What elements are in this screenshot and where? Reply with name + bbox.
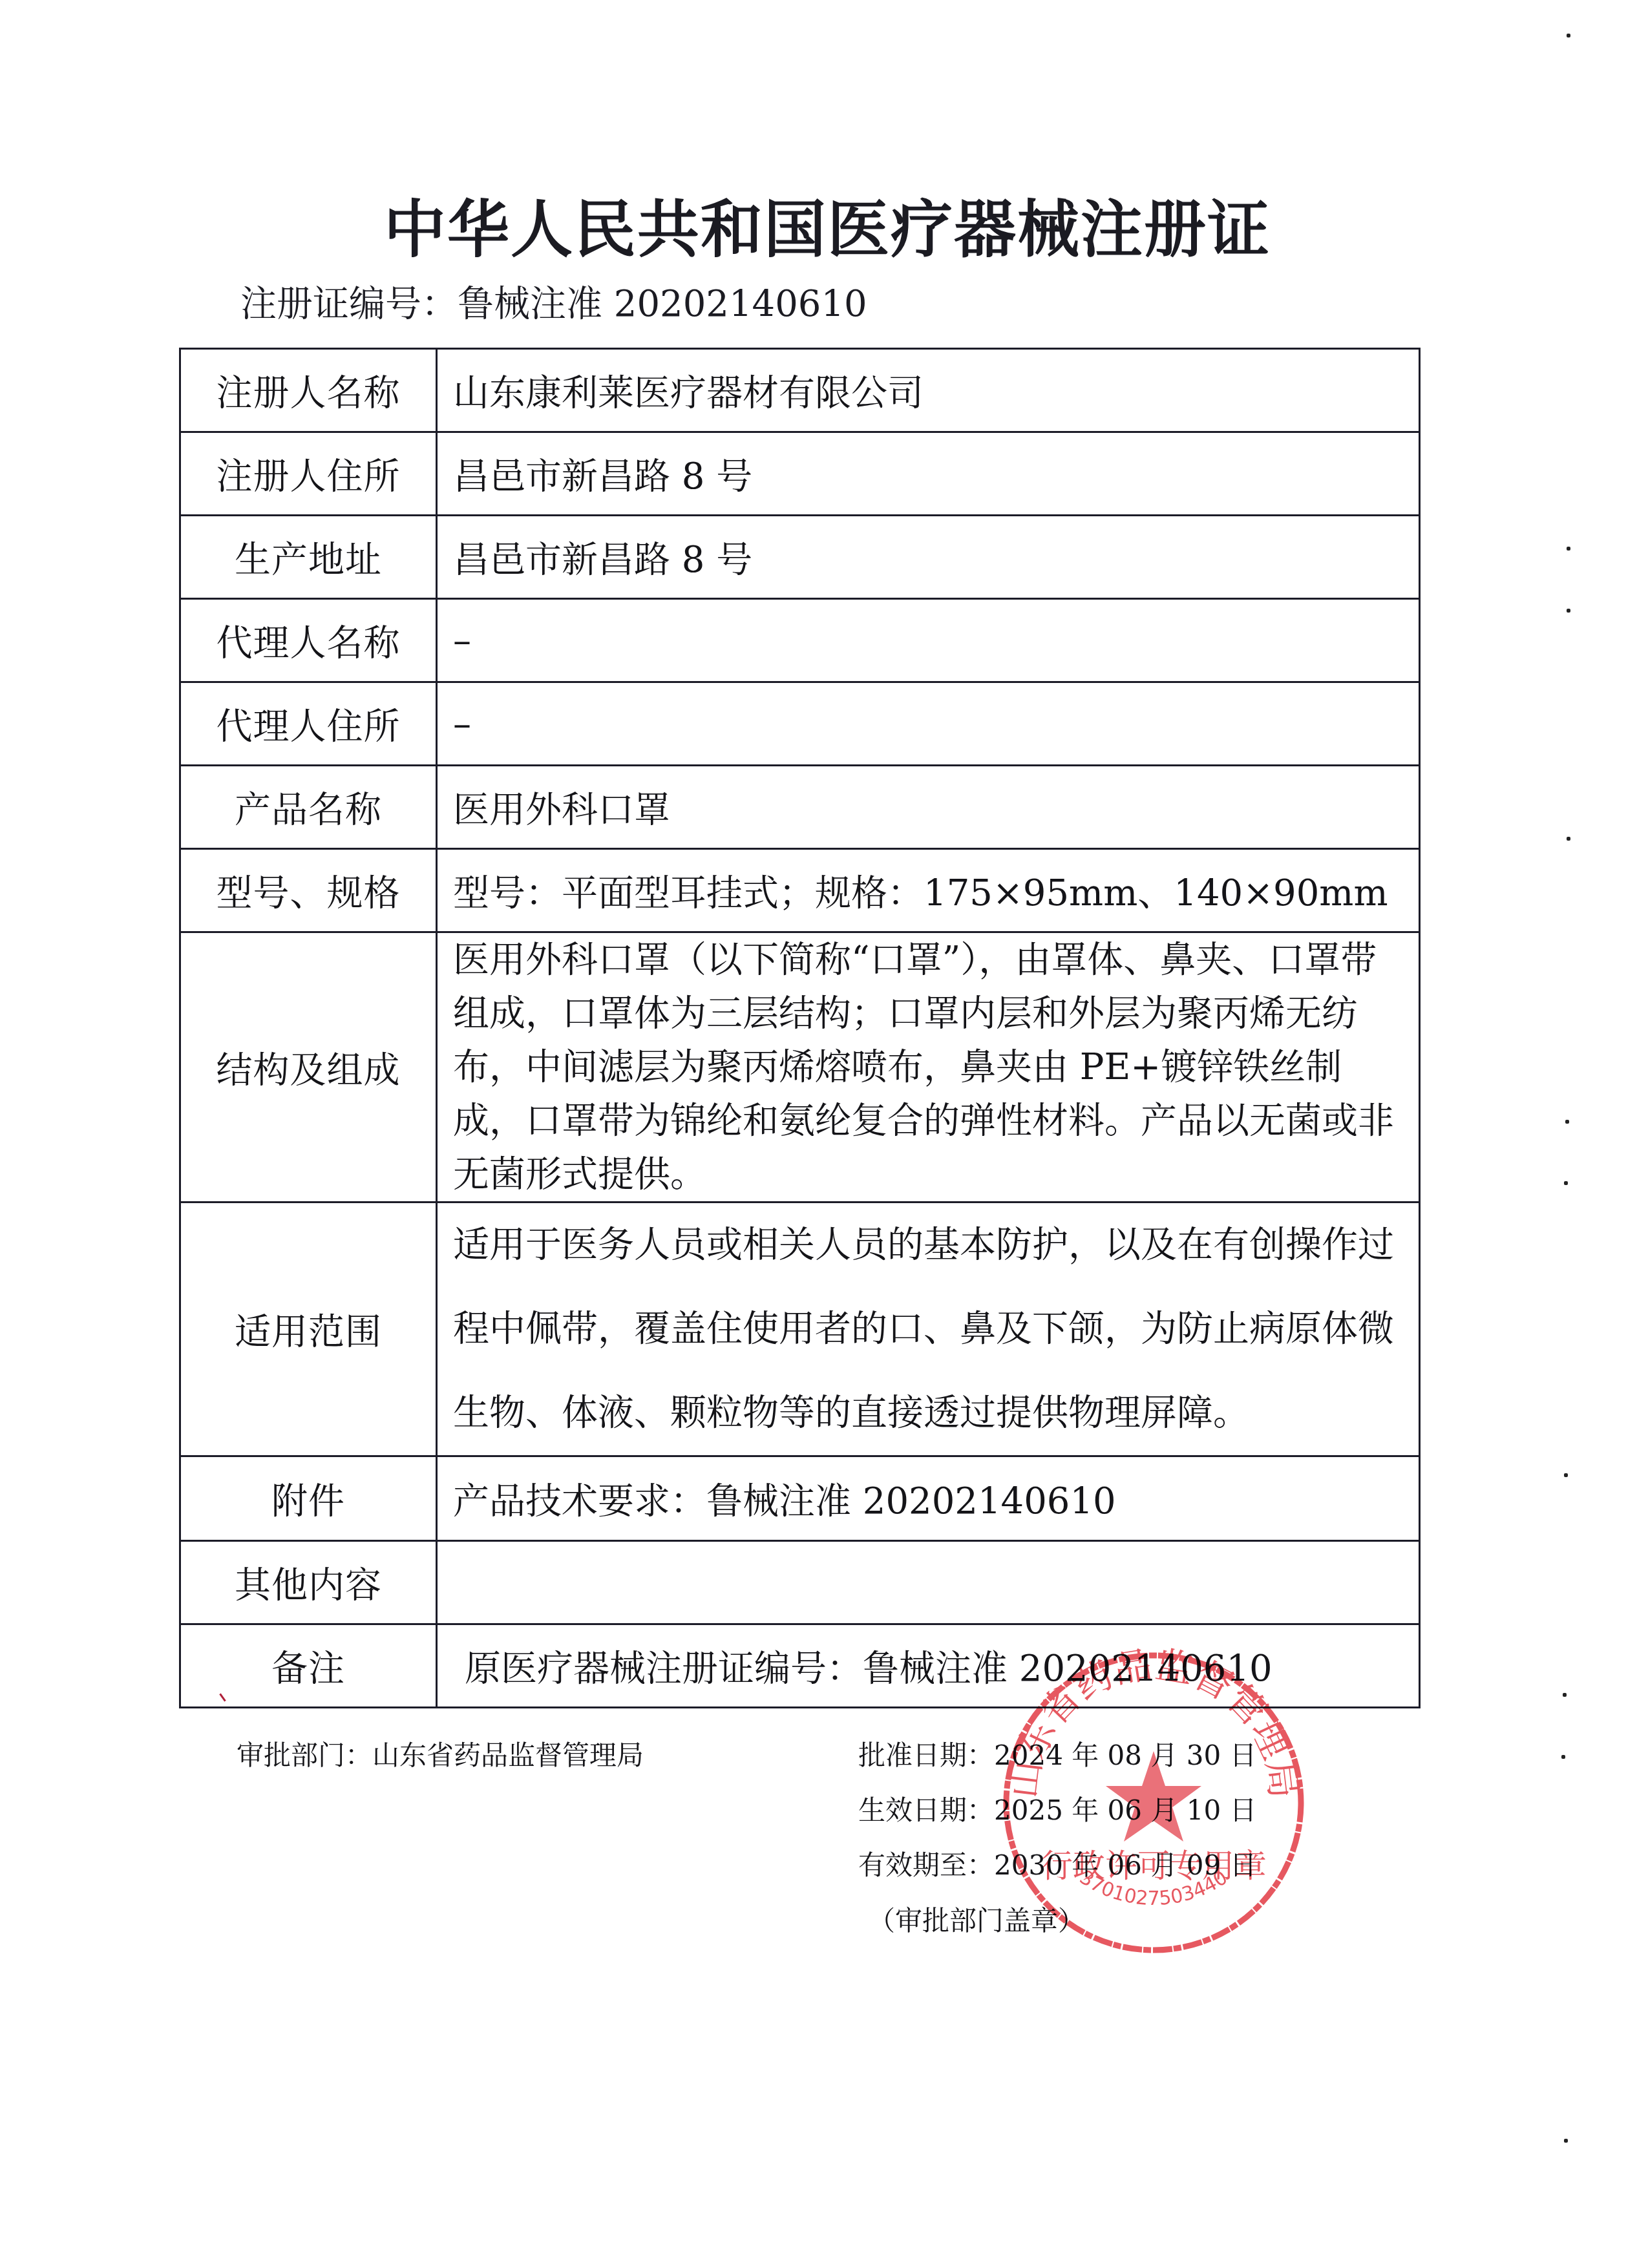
table-row-agent-name: 代理人名称 – [180, 599, 1420, 682]
table-row-registrant-name: 注册人名称 山东康利莱医疗器材有限公司 [180, 349, 1420, 432]
table-row-structure: 结构及组成 医用外科口罩（以下简称“口罩”），由罩体、鼻夹、口罩带组成，口罩体为… [180, 932, 1420, 1202]
row-value: – [437, 599, 1420, 682]
row-label: 备注 [180, 1624, 437, 1708]
registration-number-line: 注册证编号：鲁械注准 20202140610 [240, 283, 867, 326]
row-value: 昌邑市新昌路 8 号 [437, 516, 1420, 599]
expiry-date: 有效期至：2030 年 06 月 09 日 [858, 1849, 1257, 1904]
table-row-scope: 适用范围 适用于医务人员或相关人员的基本防护，以及在有创操作过程中佩带，覆盖住使… [180, 1202, 1420, 1456]
row-label: 注册人名称 [180, 349, 437, 432]
row-value: 型号：平面型耳挂式；规格：175×95mm、140×90mm [437, 849, 1420, 932]
row-value: 医用外科口罩（以下简称“口罩”），由罩体、鼻夹、口罩带组成，口罩体为三层结构；口… [437, 932, 1420, 1202]
scan-speck [1564, 1181, 1568, 1185]
scan-speck [1564, 2139, 1568, 2143]
row-label: 产品名称 [180, 766, 437, 849]
document-title: 中华人民共和国医疗器械注册证 [384, 194, 1218, 265]
row-value: 山东康利莱医疗器材有限公司 [437, 349, 1420, 432]
date-block: 批准日期：2024 年 08 月 30 日 生效日期：2025 年 06 月 1… [858, 1739, 1257, 1904]
effective-date: 生效日期：2025 年 06 月 10 日 [858, 1794, 1257, 1849]
table-row-remarks: 备注 原医疗器械注册证编号：鲁械注准 20202140610 [180, 1624, 1420, 1708]
row-label: 代理人名称 [180, 599, 437, 682]
row-value: 昌邑市新昌路 8 号 [437, 432, 1420, 516]
row-label: 结构及组成 [180, 932, 437, 1202]
scan-speck [1567, 547, 1570, 551]
row-label: 型号、规格 [180, 849, 437, 932]
row-value: 适用于医务人员或相关人员的基本防护，以及在有创操作过程中佩带，覆盖住使用者的口、… [437, 1202, 1420, 1456]
approval-department: 审批部门：山东省药品监督管理局 [237, 1739, 644, 1772]
table-row-model-spec: 型号、规格 型号：平面型耳挂式；规格：175×95mm、140×90mm [180, 849, 1420, 932]
row-label: 代理人住所 [180, 682, 437, 766]
table-row-production-address: 生产地址 昌邑市新昌路 8 号 [180, 516, 1420, 599]
row-label: 生产地址 [180, 516, 437, 599]
row-label: 其他内容 [180, 1541, 437, 1624]
registration-number: 鲁械注准 20202140610 [458, 283, 867, 325]
row-label: 注册人住所 [180, 432, 437, 516]
certificate-table: 注册人名称 山东康利莱医疗器材有限公司 注册人住所 昌邑市新昌路 8 号 生产地… [179, 348, 1421, 1708]
row-value: 原医疗器械注册证编号：鲁械注准 20202140610 [437, 1624, 1420, 1708]
scan-speck [1564, 1473, 1568, 1477]
scan-speck [1567, 837, 1570, 841]
table-row-product-name: 产品名称 医用外科口罩 [180, 766, 1420, 849]
registration-number-label: 注册证编号： [240, 283, 458, 325]
table-row-registrant-address: 注册人住所 昌邑市新昌路 8 号 [180, 432, 1420, 516]
row-value: 产品技术要求：鲁械注准 20202140610 [437, 1456, 1420, 1541]
scan-speck [1561, 1755, 1565, 1759]
row-value [437, 1541, 1420, 1624]
row-value: – [437, 682, 1420, 766]
row-value: 医用外科口罩 [437, 766, 1420, 849]
table-row-other: 其他内容 [180, 1541, 1420, 1624]
scan-speck [1563, 1693, 1567, 1697]
scan-speck [1567, 34, 1570, 37]
row-label: 附件 [180, 1456, 437, 1541]
seal-note: （审批部门盖章） [868, 1905, 1085, 1937]
approval-date: 批准日期：2024 年 08 月 30 日 [858, 1739, 1257, 1794]
scan-speck [1567, 609, 1570, 613]
table-row-agent-address: 代理人住所 – [180, 682, 1420, 766]
scan-speck [1565, 1120, 1569, 1124]
table-row-attachment: 附件 产品技术要求：鲁械注准 20202140610 [180, 1456, 1420, 1541]
row-label: 适用范围 [180, 1202, 437, 1456]
